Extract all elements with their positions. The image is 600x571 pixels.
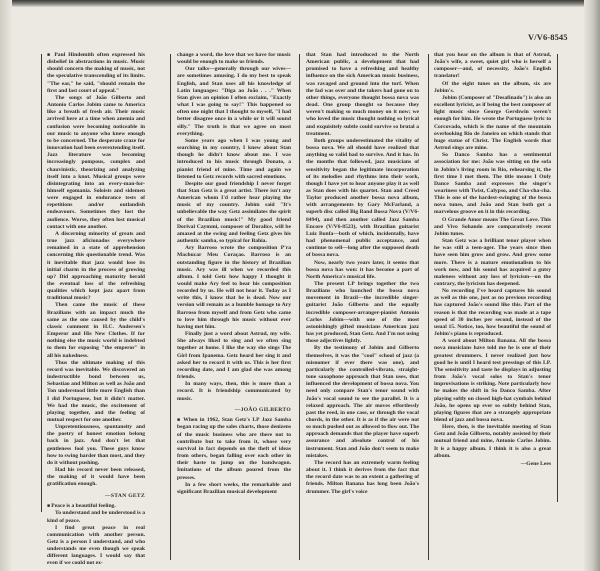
paragraph: ■ When in 1962, Stan Getz's LP Jazz Samb… bbox=[177, 417, 291, 481]
paragraph-text: A word about Milton Banana. All the boss… bbox=[434, 338, 551, 423]
paragraph-text: No recording I've heard captures his sou… bbox=[434, 288, 551, 337]
paragraph-text: Unpretentiousness, spontaneity and the p… bbox=[47, 424, 145, 466]
paragraph-text: So Danco Samba has a sentimental associa… bbox=[434, 152, 551, 215]
paragraph-text: O Grande Amor means The Great Love. This… bbox=[434, 217, 551, 237]
paragraph: Ary Barroso wrote the composition P'ra M… bbox=[177, 245, 291, 331]
paragraph: Despite our good friendship I never forg… bbox=[177, 181, 291, 245]
paragraph-text: that Stan had introduced to the North Am… bbox=[306, 52, 419, 137]
paragraph-text: To understand and be understood is a kin… bbox=[47, 510, 145, 523]
scan-border-right bbox=[584, 0, 600, 571]
paragraph: By the testimony of Jobim and Gilberto t… bbox=[306, 345, 419, 460]
paragraph: The songs of João Gilberto and Antonio C… bbox=[47, 95, 145, 231]
column-rule bbox=[299, 54, 300, 560]
scan-border-top bbox=[0, 0, 600, 7]
paragraph-text: Of the eight tunes on the album, six are… bbox=[434, 81, 551, 94]
paragraph: A word about Milton Banana. All the boss… bbox=[434, 338, 551, 424]
paragraph-text: that you hear on the album is that of As… bbox=[434, 52, 551, 79]
paragraph-text: Paul Hindemith often expressed his disbe… bbox=[47, 52, 145, 94]
paragraph-text: By the testimony of Jobim and Gilberto t… bbox=[306, 345, 419, 458]
paragraph: Of the eight tunes on the album, six are… bbox=[434, 81, 551, 95]
paragraph-text: Peace is a beautiful feeling. bbox=[51, 503, 115, 509]
paragraph: The record has an extremely warm feeling… bbox=[306, 460, 419, 496]
paragraph: Now, nearly two years later, it seems th… bbox=[306, 260, 419, 281]
column-rule bbox=[428, 54, 429, 560]
paragraph: Stan Getz was a brilliant tenor player w… bbox=[434, 238, 551, 288]
paragraph: No recording I've heard captures his sou… bbox=[434, 288, 551, 338]
paragraph-text: A discerning minority of greats and true… bbox=[47, 231, 145, 301]
paragraph-text: In a few short weeks, the remarkable and… bbox=[177, 482, 291, 495]
paragraph: Then came the music of these Brazilians … bbox=[47, 302, 145, 359]
paragraph: To understand and be understood is a kin… bbox=[47, 510, 145, 524]
paragraph-text: Stan Getz was a brilliant tenor player w… bbox=[434, 238, 551, 287]
paragraph: that Stan had introduced to the North Am… bbox=[306, 52, 419, 138]
paragraph-text: Now, nearly two years later, it seems th… bbox=[306, 260, 419, 280]
paragraph: In many ways, then, this is more than a … bbox=[177, 381, 291, 402]
scan-border-left bbox=[0, 0, 12, 571]
paragraph-text: Our talks—generally through our wives—ar… bbox=[177, 66, 291, 136]
paragraph-text: In many ways, then, this is more than a … bbox=[177, 381, 291, 401]
paragraph: Finally just a word about Astrud, my wif… bbox=[177, 331, 291, 381]
column-rule bbox=[557, 54, 558, 502]
paragraph-text: Then came the music of these Brazilians … bbox=[47, 302, 145, 358]
paragraph-text: Finally just a word about Astrud, my wif… bbox=[177, 331, 291, 380]
paragraph: Thus the ultimate making of this record … bbox=[47, 360, 145, 424]
column-rule bbox=[170, 54, 171, 560]
liner-notes-column-4: that you hear on the album is that of As… bbox=[434, 52, 551, 468]
liner-notes-column-1: ■ Paul Hindemith often expressed his dis… bbox=[47, 52, 145, 568]
paragraph-text: Had his record never been released, the … bbox=[47, 467, 145, 487]
paragraph-text: change a word, the love that we have for… bbox=[177, 52, 291, 65]
signature: —Gene Lees bbox=[434, 461, 551, 468]
paragraph: I find great peace in real communication… bbox=[47, 525, 145, 568]
paragraph: that you hear on the album is that of As… bbox=[434, 52, 551, 81]
paragraph-text: Thus the ultimate making of this record … bbox=[47, 360, 145, 423]
paragraph: A discerning minority of greats and true… bbox=[47, 231, 145, 303]
paragraph-text: The songs of João Gilberto and Antonio C… bbox=[47, 95, 145, 230]
paragraph: Unpretentiousness, spontaneity and the p… bbox=[47, 424, 145, 467]
catalog-number: V/V6-8545 bbox=[528, 32, 568, 42]
paragraph-text: Jobim (Composer of "Desafinado") is also… bbox=[434, 95, 551, 151]
paragraph-text: Here, then, is the inevitable meeting of… bbox=[434, 424, 551, 459]
paragraph: Jobim (Composer of "Desafinado") is also… bbox=[434, 95, 551, 152]
paragraph-text: Both groups underestimated the vitality … bbox=[306, 138, 419, 259]
paragraph-text: I find great peace in real communication… bbox=[47, 525, 145, 567]
paragraph: Our talks—generally through our wives—ar… bbox=[177, 66, 291, 138]
paragraph: Had his record never been released, the … bbox=[47, 467, 145, 488]
paragraph: The present LP brings together the two B… bbox=[306, 281, 419, 345]
signature: —STAN GETZ bbox=[47, 493, 145, 500]
column-rule bbox=[41, 54, 42, 512]
paragraph-text: Ary Barroso wrote the composition P'ra M… bbox=[177, 245, 291, 330]
liner-notes-column-2: change a word, the love that we have for… bbox=[177, 52, 291, 496]
paragraph-text: Some years ago when I was young and sear… bbox=[177, 138, 291, 180]
paragraph-text: The record has an extremely warm feeling… bbox=[306, 460, 419, 495]
paragraph: Here, then, is the inevitable meeting of… bbox=[434, 424, 551, 460]
paragraph-text: Despite our good friendship I never forg… bbox=[177, 181, 291, 244]
paragraph-text: The present LP brings together the two B… bbox=[306, 281, 419, 344]
paragraph: Both groups underestimated the vitality … bbox=[306, 138, 419, 260]
signature: —JOÃO GILBERTO bbox=[177, 407, 291, 414]
paragraph: Some years ago when I was young and sear… bbox=[177, 138, 291, 181]
paragraph: ■ Paul Hindemith often expressed his dis… bbox=[47, 52, 145, 95]
paragraph: O Grande Amor means The Great Love. This… bbox=[434, 217, 551, 238]
paragraph: So Danco Samba has a sentimental associa… bbox=[434, 152, 551, 216]
paragraph: change a word, the love that we have for… bbox=[177, 52, 291, 66]
liner-notes-column-3: that Stan had introduced to the North Am… bbox=[306, 52, 419, 496]
paragraph: In a few short weeks, the remarkable and… bbox=[177, 482, 291, 496]
paragraph-text: When in 1962, Stan Getz's LP Jazz Samba … bbox=[177, 417, 291, 480]
paragraph: ■ Peace is a beautiful feeling. bbox=[47, 503, 145, 510]
